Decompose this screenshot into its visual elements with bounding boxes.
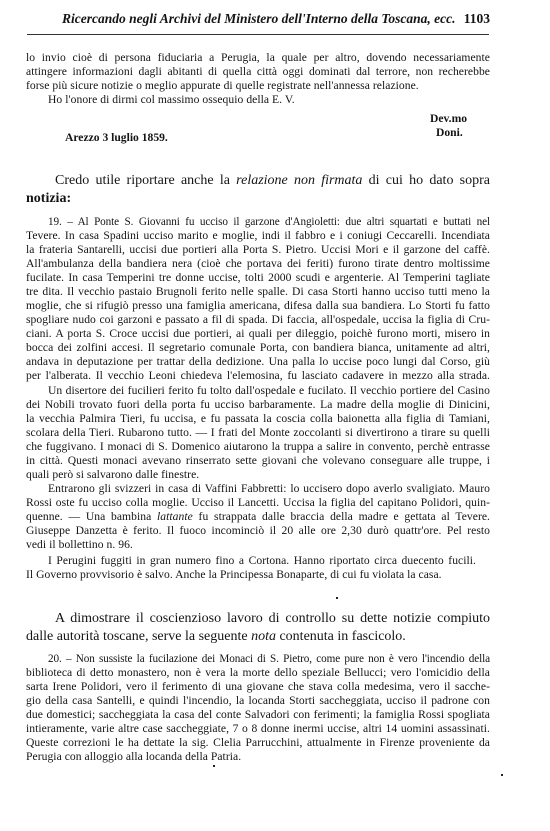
place-date: Arezzo 3 luglio 1859.: [65, 131, 168, 144]
scan-speck: [336, 597, 338, 599]
doc20-line: Perugia con alloggio alla locanda della …: [26, 750, 490, 764]
doc19-line: quenne. — Una bambina lattante fu strapp…: [26, 510, 490, 524]
document-page: Ricercando negli Archivi del Ministero d…: [0, 0, 550, 831]
doc20-line: gio della casa Santelli, e quindi l'ince…: [26, 694, 490, 708]
doc19-line: Tevere. In casa Spadini ucciso marito e …: [26, 229, 490, 243]
doc19-line: la vecchia Palmira Tieri, fu uccisa, e f…: [26, 412, 490, 426]
doc20-line: due domestici; saccheggiata la casa del …: [26, 708, 490, 722]
doc19-line: spogliare nudo coi garzoni e passato a f…: [26, 313, 490, 327]
intro-1-italic: relazione non firmata: [236, 173, 362, 188]
doc19-italic: lattante: [157, 510, 193, 523]
doc19-line: quali però si salvarono dalle finestre.: [26, 468, 490, 482]
doc20-line: intieramente, varie altre case saccheggi…: [26, 722, 490, 736]
running-title: Ricercando negli Archivi del Ministero d…: [62, 11, 456, 26]
doc19-line: la frateria Santarelli, uccisi due porti…: [26, 243, 490, 257]
letter-closing: Ho l'onore di dirmi col massimo ossequio…: [48, 93, 490, 107]
running-header: Ricercando negli Archivi del Ministero d…: [62, 11, 490, 29]
doc19-line: in città. Questi monaci avevano rinserra…: [26, 454, 490, 468]
doc19-line: Rossi oste fu ucciso colla moglie. Uccis…: [26, 496, 490, 510]
doc19-line: che fuggivano. I monaci di S. Domenico a…: [26, 440, 490, 454]
doc19-line: 19. – Al Ponte S. Giovanni fu ucciso il …: [48, 215, 490, 229]
letter-line: forse più sicure notizie o meglio appura…: [26, 79, 490, 93]
intro-1-line-2: notizia:: [26, 190, 490, 208]
doc19-line: tre dita. Il vecchio pastaio Brugnoli fe…: [26, 285, 490, 299]
letter-line: lo invio cioè di persona fiduciaria a Pe…: [26, 51, 490, 65]
doc19-line: I Perugini fuggiti in gran numero fino a…: [48, 554, 476, 568]
doc19-line: Giuseppe Danzetta è ferito. Il fuoco inc…: [26, 524, 490, 538]
signature-devmo: Dev.mo: [430, 112, 467, 125]
intro-2-text: dalle autorità toscane, serve la seguent…: [26, 629, 251, 644]
doc19-line: bocca dei zolfini accesi. Il segretario …: [26, 341, 490, 355]
doc19-line: All'ambulanza della bandiera nera (cioè …: [26, 257, 490, 271]
intro-2-line-2: dalle autorità toscane, serve la seguent…: [26, 628, 490, 646]
intro-2-italic: nota: [251, 629, 276, 644]
doc19-text: quenne. — Una bambina: [26, 510, 157, 523]
doc19-line: andava in deputazione per trattar della …: [26, 355, 490, 369]
doc19-line: fucilate. In casa Temperini tre donne uc…: [26, 271, 490, 285]
doc19-line: vedi il bollettino n. 96.: [26, 538, 490, 552]
doc19-line: scolara della Tieri. Rubarono tutto. — I…: [26, 426, 490, 440]
intro-2-line-1: A dimostrare il coscienzioso lavoro di c…: [55, 610, 490, 628]
doc19-line: dei Nobili trovato fuori della porta fu …: [26, 398, 490, 412]
doc19-line: Il Governo provvisorio è salvo. Anche la…: [26, 568, 490, 582]
scan-speck: [501, 774, 503, 776]
doc19-text: fu strappata dalle braccia della madre e…: [193, 510, 490, 523]
doc19-line: per l'alberata. Il vecchio Leoni chiedev…: [26, 369, 490, 383]
intro-1-text: di cui ho dato sopra: [362, 173, 490, 188]
letter-line: attingere informazioni dagli abitanti di…: [26, 65, 490, 79]
doc19-line: Entrarono gli svizzeri in casa di Vaffin…: [48, 482, 490, 496]
intro-2-text: contenuta in fascicolo.: [276, 629, 406, 644]
signature-doni: Doni.: [436, 126, 463, 139]
doc19-line: moglie, che si rifugiò presso una famigl…: [26, 299, 490, 313]
doc20-line: biblioteca di detto monastero, non è ver…: [26, 666, 490, 680]
intro-1-line-1: Credo utile riportare anche la relazione…: [55, 172, 490, 190]
intro-1-text: Credo utile riportare anche la: [55, 173, 236, 188]
doc19-line: Un disertore dei fucilieri ferito fu tol…: [48, 384, 490, 398]
scan-speck: [213, 765, 215, 767]
doc20-line: 20. – Non sussiste la fucilazione dei Mo…: [48, 652, 490, 666]
header-rule: [27, 34, 489, 35]
doc20-line: Queste correzioni le ha dettate la sig. …: [26, 736, 490, 750]
doc19-line: ciani. A porta S. Croce uccisi due porti…: [26, 327, 490, 341]
doc20-line: sarta Irene Polidori, vero il ferimento …: [26, 680, 490, 694]
page-number: 1103: [464, 11, 490, 27]
